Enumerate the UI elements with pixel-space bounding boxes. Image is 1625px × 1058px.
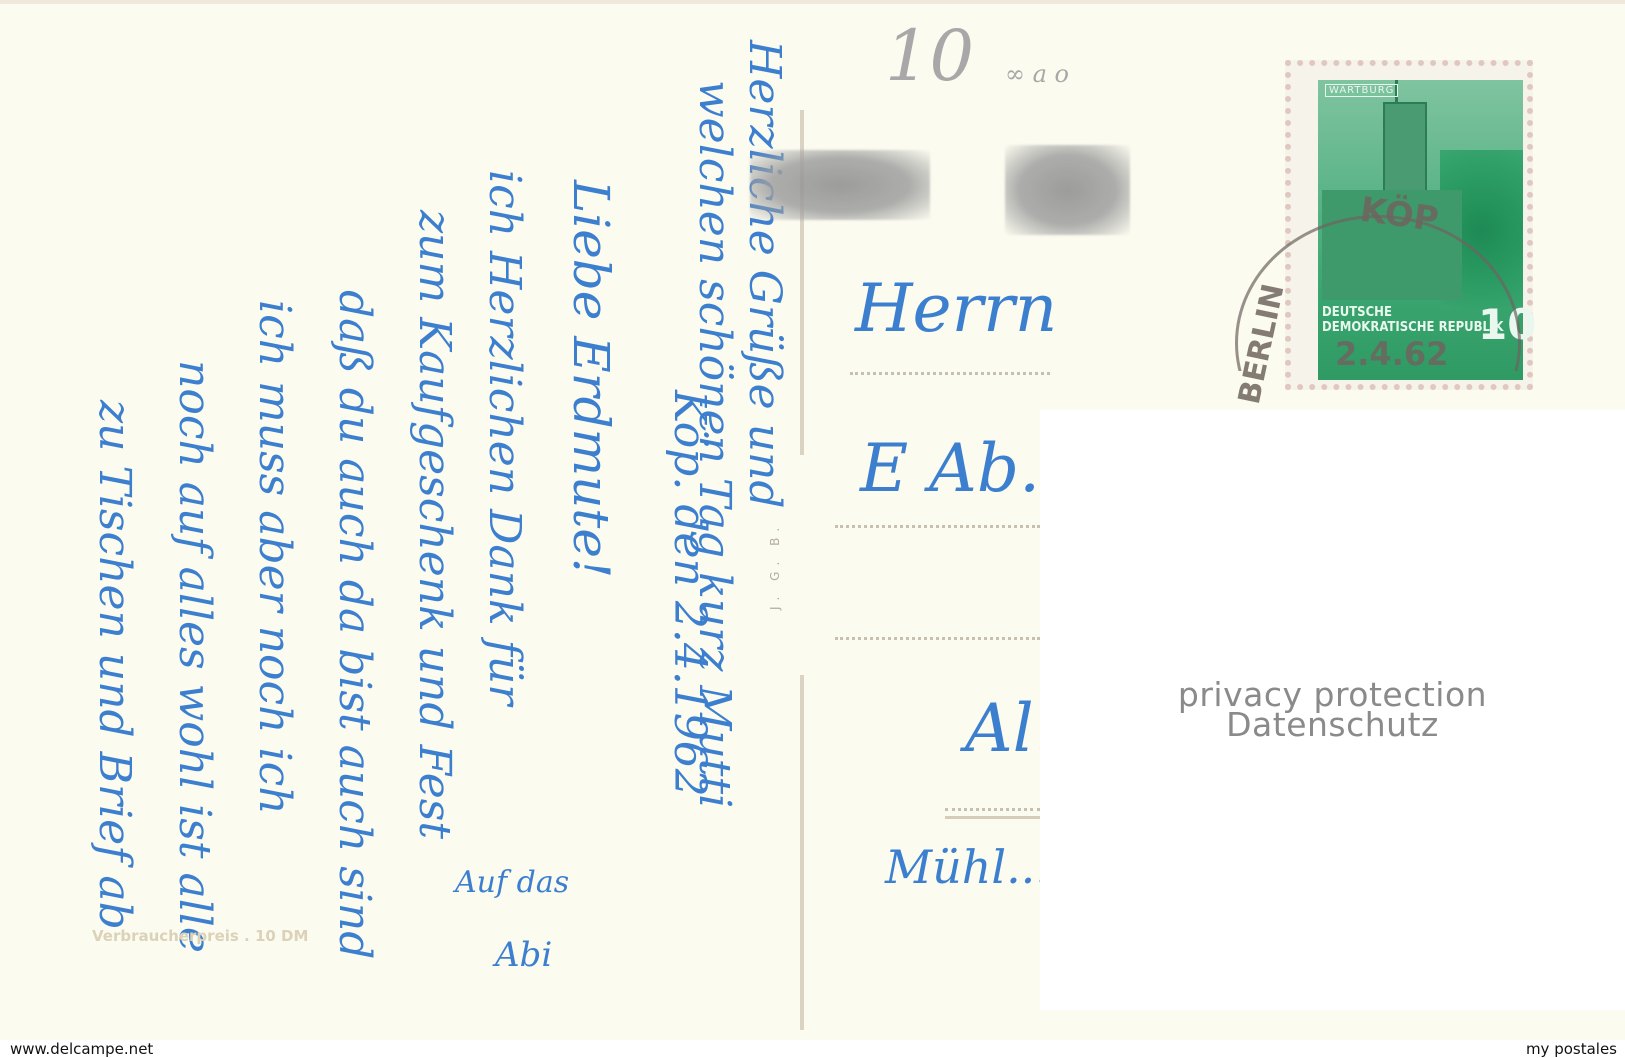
salutation: Liebe Erdmute! [562,180,620,578]
pencil-redaction [750,150,930,220]
message-line: noch auf alles wohl ist alle [169,360,220,953]
address-rule [945,808,1040,811]
message-line: ich Herzlichen Dank für [479,170,530,705]
address-line-4: Mühl... [885,840,1050,894]
price-imprint: Verbraucherpreis . 10 DM [92,927,308,945]
message-line: ich muss aber noch ich [249,300,300,815]
address-rule [835,637,1040,640]
address-rule [835,525,1040,528]
privacy-de: Datenschutz [1040,710,1625,740]
message-line: daß du auch da bist auch sind [329,290,380,959]
postcard-edge [0,0,1625,4]
place-date: Köp. den 2.4.1962 [664,390,715,797]
closing: Auf das [455,865,569,900]
pencil-note-suffix: ∞ a o [1005,60,1069,88]
message-line: zum Kaufgeschenk und Fest [409,210,460,839]
pencil-redaction [1005,145,1130,235]
message-line: Herzliche Grüße und [739,40,790,509]
stamp-label: WARTBURG [1325,84,1398,97]
mypostales-label: my postales [1526,1040,1617,1058]
address-line-1: Herrn [855,270,1057,347]
signature: Abi [495,935,552,975]
publisher-mark: J. G. B. [768,470,798,610]
privacy-notice: privacy protection Datenschutz [1040,680,1625,740]
pencil-note: 10 [885,15,974,97]
message-line: zu Tischen und Brief ab [89,400,140,930]
delcampe-link[interactable]: www.delcampe.net [10,1040,153,1058]
postmark-date: 2.4.62 [1335,335,1448,373]
address-rule [850,372,1050,375]
